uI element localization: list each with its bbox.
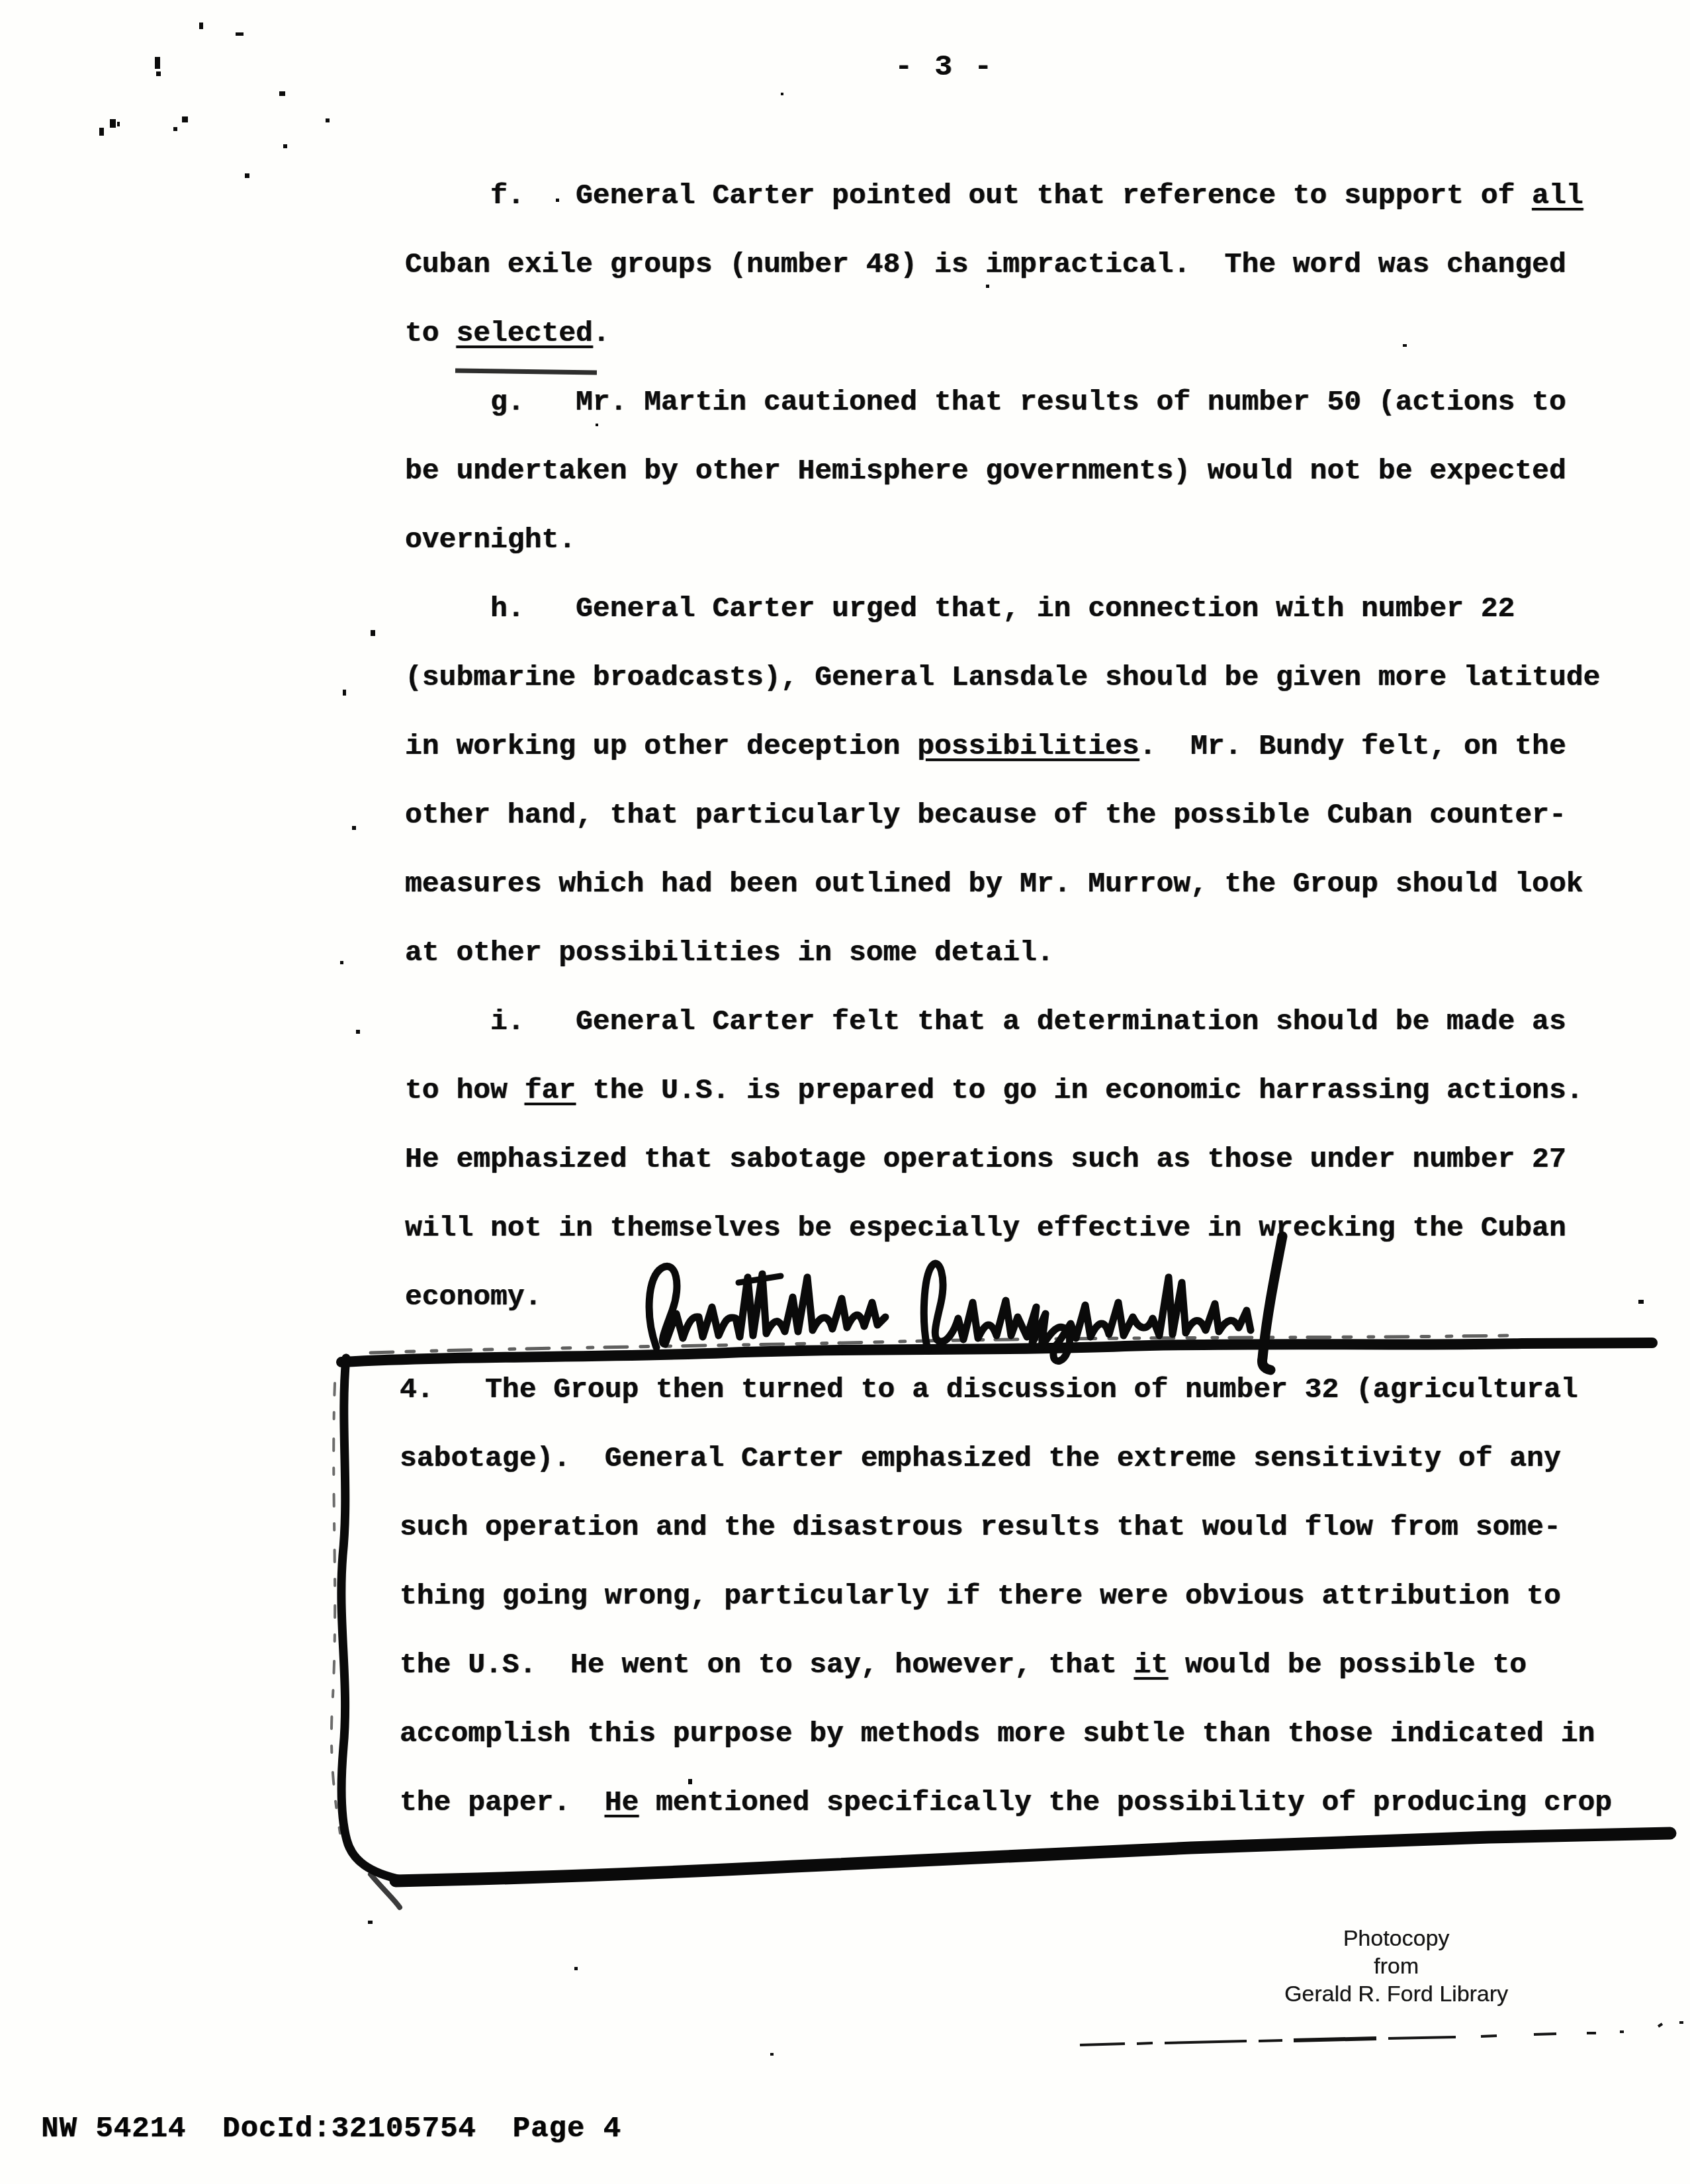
typed-line: f. General Carter pointed out that refer… [405,161,1600,230]
page-number: - 3 - [895,50,994,84]
stamp-line-2: from [1218,1952,1575,1980]
typed-line: thing going wrong, particularly if there… [400,1562,1612,1631]
typed-line: other hand, that particularly because of… [405,781,1600,850]
box-border-left-ragged [332,1383,340,1833]
box-border-corner-tail [371,1874,400,1907]
photocopy-stamp: Photocopy from Gerald R. Ford Library [1218,1925,1575,2008]
typed-line: i. General Carter felt that a determinat… [405,987,1600,1056]
typed-line: economy. [405,1263,1600,1332]
stamp-line-1: Photocopy [1218,1925,1575,1952]
typed-line: will not in themselves be especially eff… [405,1194,1600,1263]
typed-line: the U.S. He went on to say, however, tha… [400,1631,1612,1700]
typed-line: such operation and the disastrous result… [400,1493,1612,1562]
typed-line: overnight. [405,506,1600,574]
typed-line: to how far the U.S. is prepared to go in… [405,1056,1600,1125]
box-border-bottom [396,1833,1670,1881]
typed-line: measures which had been outlined by Mr. … [405,850,1600,919]
typed-line: to selected. [405,299,1600,368]
typed-line: He emphasized that sabotage operations s… [405,1125,1600,1194]
footer-id-line: NW 54214 DocId:32105754 Page 4 [41,2113,621,2146]
boxed-paragraph-text: 4. The Group then turned to a discussion… [400,1355,1612,1837]
typed-line: h. General Carter urged that, in connect… [405,574,1600,643]
typed-line: be undertaken by other Hemisphere govern… [405,437,1600,506]
stamp-line-3: Gerald R. Ford Library [1218,1980,1575,2008]
box-border-top-ragged [371,1336,1509,1353]
scanned-document-page: - 3 - f. General Carter pointed out that… [0,0,1690,2184]
typed-line: sabotage). General Carter emphasized the… [400,1424,1612,1493]
typed-body-paragraphs: f. General Carter pointed out that refer… [405,161,1600,1332]
typed-line: the paper. He mentioned specifically the… [400,1768,1612,1837]
typed-line: Cuban exile groups (number 48) is imprac… [405,230,1600,299]
typed-line: in working up other deception possibilit… [405,712,1600,781]
typed-line: at other possibilities in some detail. [405,919,1600,987]
typed-line: 4. The Group then turned to a discussion… [400,1355,1612,1424]
typed-line: (submarine broadcasts), General Lansdale… [405,643,1600,712]
separator-dashes [1080,2023,1683,2045]
box-border-left [341,1358,401,1880]
typed-line: g. Mr. Martin cautioned that results of … [405,368,1600,437]
typed-line: accomplish this purpose by methods more … [400,1700,1612,1768]
